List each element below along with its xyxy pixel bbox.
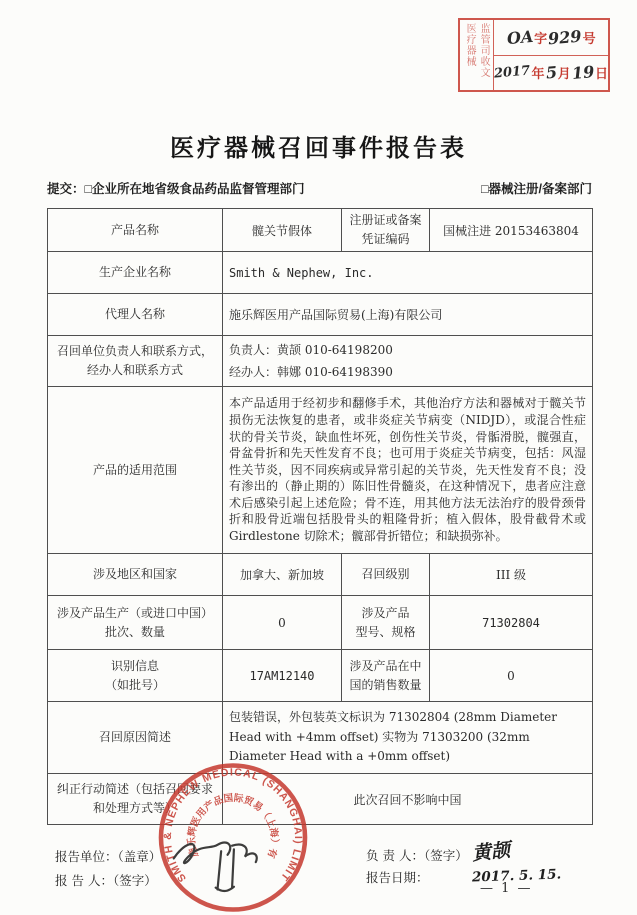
seal-english-text: SMITH & NEPHEW MEDICAL (SHANGHAI) LIMITE… (151, 760, 304, 884)
submit-target-registration-checkbox-label: □器械注册/备案部门 (481, 179, 592, 197)
table-row: 产品的适用范围 本产品适用于经初步和翻修手术，其他治疗方法和器械对于髋关节损伤无… (48, 387, 593, 554)
stamp-label-day: 日 (595, 63, 608, 82)
agent-label: 代理人名称 (48, 294, 223, 336)
responsible-person-signature: 黄颉 (471, 839, 511, 865)
batches-label: 涉及产品生产（或进口中国）批次、数量 (48, 596, 223, 650)
table-row: 涉及产品生产（或进口中国）批次、数量 0 涉及产品 型号、规格 71302804 (48, 596, 593, 650)
product-name-label: 产品名称 (48, 209, 223, 252)
manufacturer-value: Smith & Nephew, Inc. (223, 252, 593, 294)
table-row: 生产企业名称 Smith & Nephew, Inc. (48, 252, 593, 294)
table-row: 产品名称 髋关节假体 注册证或备案 凭证编码 国械注进 20153463804 (48, 209, 593, 252)
page-number: — 1 — (480, 881, 533, 896)
batches-value: 0 (223, 596, 342, 650)
company-seal: SMITH & NEPHEW MEDICAL (SHANGHAI) LIMITE… (147, 760, 319, 915)
reporter-signature-scribble (174, 843, 257, 892)
recall-level-value: III 级 (430, 554, 593, 596)
manufacturer-label: 生产企业名称 (48, 252, 223, 294)
recall-report-table: 产品名称 髋关节假体 注册证或备案 凭证编码 国械注进 20153463804 … (47, 208, 593, 825)
china-sales-label: 涉及产品在中 国的销售数量 (342, 650, 430, 702)
responsible-person-line: 负 责 人：（签字）黄颉 (366, 843, 510, 867)
applicable-scope-value: 本产品适用于经初步和翻修手术，其他治疗方法和器械对于髋关节损伤无法恢复的患者，或… (223, 387, 593, 554)
id-info-value: 17AM12140 (223, 650, 342, 702)
model-spec-value: 71302804 (430, 596, 593, 650)
footer-left: 报告单位：（盖章） 报 告 人：（签字） (55, 845, 161, 893)
handwritten-doc-prefix: OA (506, 27, 534, 48)
china-sales-value: 0 (430, 650, 593, 702)
report-unit-label: 报告单位：（盖章） (55, 845, 161, 869)
submit-line: 提交：□企业所在地省级食品药品监督管理部门 □器械注册/备案部门 (47, 179, 592, 197)
stamp-label-zi: 字 (534, 28, 547, 47)
table-row: 召回原因简述 包装错误，外包装英文标识为 71302804 (28mm Diam… (48, 702, 593, 774)
agent-value: 施乐辉医用产品国际贸易(上海)有限公司 (223, 294, 593, 336)
receipt-stamp-vertical-text: 医疗器械 监管司收文 (460, 20, 494, 90)
registration-cert-value: 国械注进 20153463804 (430, 209, 593, 252)
applicable-scope-label: 产品的适用范围 (48, 387, 223, 554)
handwritten-year: 2017 (494, 64, 531, 82)
regions-label: 涉及地区和国家 (48, 554, 223, 596)
handwritten-doc-number: 929 (547, 26, 582, 48)
receipt-stamp-fields: OA 字 929 号 2017 年 5 月 19 日 (494, 20, 608, 90)
table-row: 纠正行动简述（包括召回要求和处理方式等） 此次召回不影响中国 (48, 774, 593, 825)
stamp-label-month: 月 (558, 63, 571, 82)
submit-target-province-checkbox-label: 提交：□企业所在地省级食品药品监督管理部门 (47, 179, 305, 197)
stamp-label-year: 年 (532, 63, 545, 82)
product-name-value: 髋关节假体 (223, 209, 342, 252)
recall-level-label: 召回级别 (342, 554, 430, 596)
regions-value: 加拿大、新加坡 (223, 554, 342, 596)
table-row: 识别信息 （如批号） 17AM12140 涉及产品在中 国的销售数量 0 (48, 650, 593, 702)
receipt-stamp-side-col-1: 医疗器械 (464, 23, 475, 87)
handwritten-month: 5 (545, 63, 558, 83)
table-row: 代理人名称 施乐辉医用产品国际贸易(上海)有限公司 (48, 294, 593, 336)
receipt-number-line: OA 字 929 号 (494, 20, 608, 56)
table-row: 召回单位负责人和联系方式，经办人和联系方式 负责人：黄颉 010-6419820… (48, 336, 593, 387)
handwritten-day: 19 (571, 62, 595, 83)
table-row: 涉及地区和国家 加拿大、新加坡 召回级别 III 级 (48, 554, 593, 596)
responsible-person-label: 负 责 人：（签字） (366, 848, 468, 863)
receipt-date-line: 2017 年 5 月 19 日 (494, 56, 608, 91)
id-info-label: 识别信息 （如批号） (48, 650, 223, 702)
form-title: 医疗器械召回事件报告表 (0, 128, 637, 163)
model-spec-label: 涉及产品 型号、规格 (342, 596, 430, 650)
receipt-stamp-side-col-2: 监管司收文 (478, 23, 489, 87)
receipt-stamp: 医疗器械 监管司收文 OA 字 929 号 2017 年 5 月 19 日 (458, 18, 610, 92)
recall-contact-label: 召回单位负责人和联系方式，经办人和联系方式 (48, 336, 223, 387)
registration-cert-label: 注册证或备案 凭证编码 (342, 209, 430, 252)
reporter-label: 报 告 人：（签字） (55, 869, 161, 893)
stamp-label-hao: 号 (583, 28, 596, 47)
recall-contact-value: 负责人：黄颉 010-64198200 经办人：韩娜 010-64198390 (223, 336, 593, 387)
